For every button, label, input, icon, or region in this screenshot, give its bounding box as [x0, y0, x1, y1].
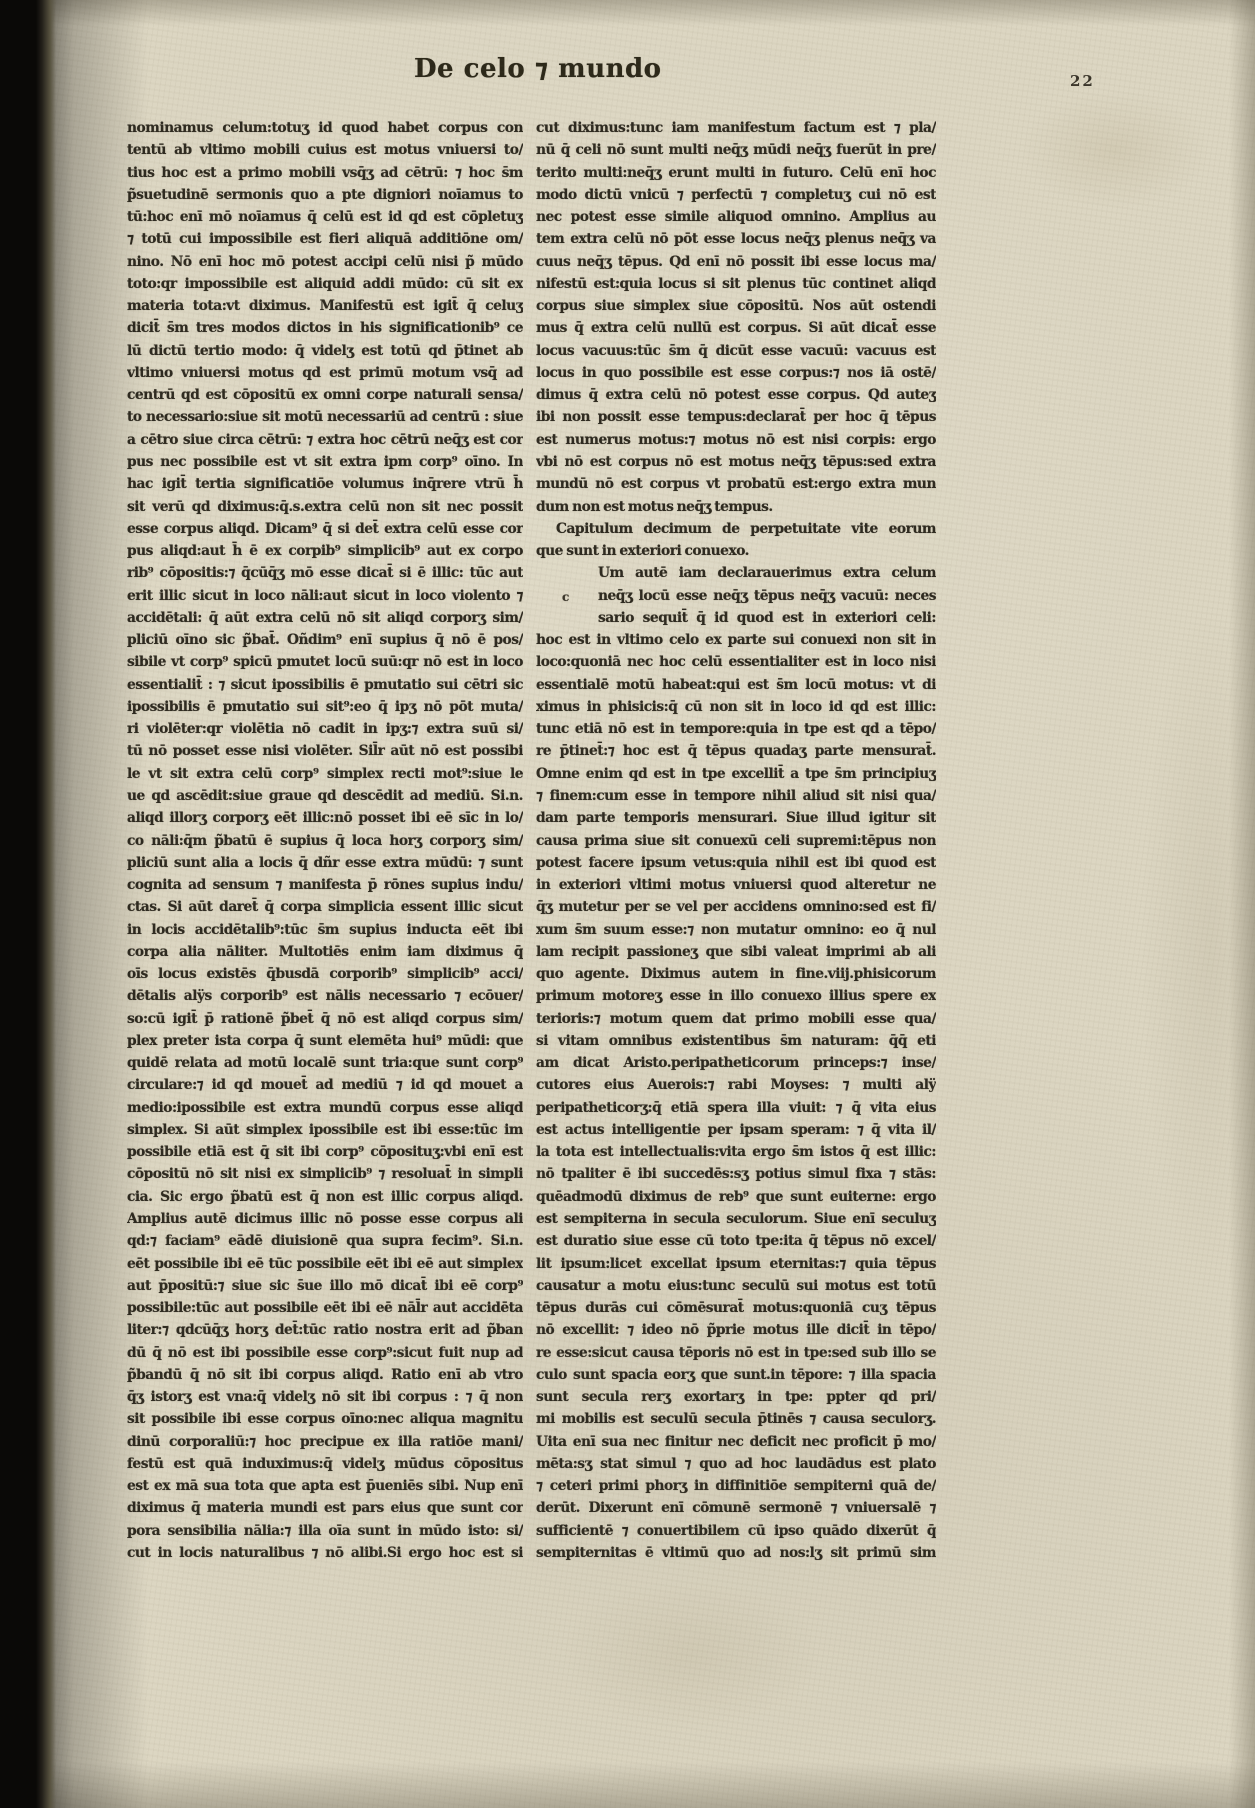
text-line: sunt secula rerʒ exortarʒ in tpe: ppter …	[536, 1386, 936, 1408]
text-line: la tota est intellectualis:vita ergo s̄m…	[536, 1141, 936, 1163]
text-line: p̃bandū q̄ nō sit ibi corpus aliqd. Rati…	[127, 1364, 523, 1386]
text-line: pus aliqd:aut h̄ ē ex corpib⁹ simplicib⁹…	[127, 540, 523, 562]
text-line: essentialit̄ : ⁊ sicut ipossibilis ē pmu…	[127, 674, 523, 696]
text-line: possibile:tūc aut possibile eēt ibi eē n…	[127, 1297, 523, 1319]
text-line: causatur a motu eius:tunc seculū sui mot…	[536, 1275, 936, 1297]
text-line: modo dictū vnicū ⁊ perfectū ⁊ completuʒ …	[536, 184, 936, 206]
text-line: terioris:⁊ motum quem dat primo mobili e…	[536, 1008, 936, 1030]
text-line: nū q̄ celi nō sunt multi neq̄ʒ mūdi neq̄…	[536, 139, 936, 161]
text-line: dētalis alÿs corporib⁹ est nālis necessa…	[127, 985, 523, 1007]
text-line: primum motoreʒ esse in illo conuexo illi…	[536, 985, 936, 1007]
text-line: liter:⁊ qdcūq̄ʒ horʒ det̄:tūc ratio nost…	[127, 1319, 523, 1341]
text-line: hac igit̄ tertia significatiōe volumus i…	[127, 473, 523, 495]
text-line: cut in locis naturalibus ⁊ nō alibi.Si e…	[127, 1542, 523, 1564]
text-line: quidē relata ad motū localē sunt tria:qu…	[127, 1052, 523, 1074]
text-line: eēt possibile ibi eē tūc possibile eēt i…	[127, 1253, 523, 1275]
text-line: si vitam omnibus existentibus s̄m natura…	[536, 1030, 936, 1052]
text-line: ⁊ ceteri primi phorʒ in diffinitiōe semp…	[536, 1475, 936, 1497]
text-line: Capitulum decimum de perpetuitate vite e…	[536, 518, 936, 540]
text-line: nō tpaliter ē ibi succedēs:sʒ potius sim…	[536, 1163, 936, 1185]
text-line: tēpus durās cui cōmēsurat̄ motus:quoniā …	[536, 1297, 936, 1319]
text-line: lū dictū tertio modo: q̄ videlʒ est totū…	[127, 340, 523, 362]
text-line: Uita enī sua nec finitur nec deficit nec…	[536, 1431, 936, 1453]
text-line: dimus q̄ extra celū nō potest esse corpu…	[536, 384, 936, 406]
text-line: a cētro siue circa cētrū: ⁊ extra hoc cē…	[127, 429, 523, 451]
text-line: so:cū igit̄ p̄ rationē p̃bet̄ q̄ nō est …	[127, 1008, 523, 1030]
text-line: tem extra celū nō pōt esse locus neq̄ʒ p…	[536, 228, 936, 250]
text-line: pliciū oīno sic p̃bat̄. Oñdim⁹ enī supiu…	[127, 629, 523, 651]
text-line: centrū qd est cōpositū ex omni corpe nat…	[127, 384, 523, 406]
text-line: sempiternitas ē vltimū quo ad nos:lʒ sit…	[536, 1542, 936, 1564]
text-line: vbi nō est corpus nō est motus neq̄ʒ tēp…	[536, 451, 936, 473]
text-column-left: nominamus celum:totuʒ id quod habet corp…	[127, 117, 523, 1564]
text-line: hoc est in vltimo celo ex parte sui conu…	[536, 629, 936, 651]
text-line: Omne enim qd est in tpe excellit̄ a tpe …	[536, 763, 936, 785]
text-line: oīs locus existēs q̄busdā corporib⁹ simp…	[127, 963, 523, 985]
text-line: mus q̄ extra celū nullū est corpus. Si a…	[536, 317, 936, 339]
text-line: cuus neq̄ʒ tēpus. Qd enī nō possit ibi e…	[536, 251, 936, 273]
text-line: pora sensibilia nālia:⁊ illa oīa sunt in…	[127, 1520, 523, 1542]
text-line: festū est quā induximus:q̄ videlʒ mūdus …	[127, 1453, 523, 1475]
text-line: diximus q̄ materia mundi est pars eius q…	[127, 1497, 523, 1519]
text-line: cognita ad sensum ⁊ manifesta p̄ rōnes s…	[127, 874, 523, 896]
text-line: peripatheticorʒ:q̄ etiā spera illa viuit…	[536, 1097, 936, 1119]
text-line: ximus in phisicis:q̄ cū non sit in loco …	[536, 696, 936, 718]
text-line: esse corpus aliqd. Dicam⁹ q̄ si det̄ ext…	[127, 518, 523, 540]
text-line: cia. Sic ergo p̃batū est q̄ non est illi…	[127, 1186, 523, 1208]
text-line: tunc etiā nō est in tempore:quia in tpe …	[536, 718, 936, 740]
text-line: accidētali: q̄ aūt extra celū nō sit ali…	[127, 607, 523, 629]
text-line: sit possibile ibi esse corpus oīno:nec a…	[127, 1408, 523, 1430]
text-line: p̃suetudinē sermonis quo a pte digniori …	[127, 184, 523, 206]
text-line: dū q̄ nō est ibi possibile esse corp⁹:si…	[127, 1342, 523, 1364]
text-line: aut p̄positū:⁊ siue sic s̄ue illo mō dic…	[127, 1275, 523, 1297]
text-line: cōpositū nō sit nisi ex simplicib⁹ ⁊ res…	[127, 1163, 523, 1185]
text-line: ri violēter:qr violētia nō cadit in ipʒ:…	[127, 718, 523, 740]
text-line: tius hoc est a primo mobili vsq̄ʒ ad cēt…	[127, 162, 523, 184]
text-line: to necessario:siue sit motū necessariū a…	[127, 406, 523, 428]
text-line: est numerus motus:⁊ motus nō est nisi co…	[536, 429, 936, 451]
text-line: re p̄tinet̄:⁊ hoc est q̄ tēpus quadaʒ pa…	[536, 740, 936, 762]
text-line: cutores eius Auerois:⁊ rabi Moyses: ⁊ mu…	[536, 1074, 936, 1096]
text-line: dicit̄ s̄m tres modos dictos in his sign…	[127, 317, 523, 339]
text-line: pliciū sunt alia a locis q̄ dñr esse ext…	[127, 852, 523, 874]
text-line: nino. Nō enī hoc mō potest accipi celū n…	[127, 251, 523, 273]
text-line: toto:qr impossibile est aliquid addi mūd…	[127, 273, 523, 295]
text-line: sufficientē ⁊ conuertibilem cū ipso quād…	[536, 1520, 936, 1542]
text-line: est duratio siue esse cū toto tpe:ita q̄…	[536, 1230, 936, 1252]
paper-stain	[560, 1580, 820, 1730]
text-line: rib⁹ cōpositis:⁊ q̄cūq̄ʒ mō esse dicat̄ …	[127, 562, 523, 584]
text-line: mēta:sʒ stat simul ⁊ quo ad hoc laudādus…	[536, 1453, 936, 1475]
text-line: erit illic sicut in loco nāli:aut sicut …	[127, 585, 523, 607]
initial-guide-letter: c	[562, 586, 569, 607]
text-line: tū nō posset esse nisi violēter. Sil̄r a…	[127, 740, 523, 762]
text-line: possibile etiā est q̄ sit ibi corp⁹ cōpo…	[127, 1141, 523, 1163]
text-line: potest facere ipsum vetus:quia nihil est…	[536, 852, 936, 874]
text-line: q̄ʒ mutetur per se vel per accidens omni…	[536, 896, 936, 918]
text-line: nec potest esse simile aliquod omnino. A…	[536, 206, 936, 228]
text-line: ue qd ascēdit:siue graue qd descēdit ad …	[127, 785, 523, 807]
text-line: locus vacuus:tūc s̄m q̄ dicūt esse vacuū…	[536, 340, 936, 362]
text-line: in locis accidētalib⁹:tūc s̄m supius ind…	[127, 919, 523, 941]
text-line: xum s̄m suum esse:⁊ non mutatur omnino: …	[536, 919, 936, 941]
text-line: vltimo vniuersi motus qd est primū motum…	[127, 362, 523, 384]
text-line: ipossibilis ē pmutatio sui sit⁹:eo q̄ ip…	[127, 696, 523, 718]
text-line: que sunt in exteriori conuexo.	[536, 540, 936, 562]
text-line: est ex mā sua tota que apta est p̄ueniēs…	[127, 1475, 523, 1497]
text-line: sibile vt corp⁹ spicū pmutet locū suū:qr…	[127, 651, 523, 673]
text-line: ibi non possit esse tempus:declarat̄ per…	[536, 406, 936, 428]
text-line: plex preter ista corpa q̄ sunt elemēta h…	[127, 1030, 523, 1052]
page-number: 22	[1070, 72, 1095, 90]
book-page-scan: De celo ⁊ mundo 22 nominamus celum:totuʒ…	[0, 0, 1255, 1808]
text-line: medio:ipossibile est extra mundū corpus …	[127, 1097, 523, 1119]
text-line: ctas. Si aūt daret̄ q̄ corpa simplicia e…	[127, 896, 523, 918]
text-line: essentialē motū habeat:qui est s̄m locū …	[536, 674, 936, 696]
text-line: materia tota:vt diximus. Manifestū est i…	[127, 295, 523, 317]
text-line: cut diximus:tunc iam manifestum factum e…	[536, 117, 936, 139]
text-line: ⁊ totū cui impossibile est fieri aliquā …	[127, 228, 523, 250]
text-line: simplex. Si aūt simplex ipossibile est i…	[127, 1119, 523, 1141]
text-line: q̄ʒ istorʒ est vna:q̄ videlʒ nō sit ibi …	[127, 1386, 523, 1408]
text-line: corpa alia nāliter. Multotiēs enim iam d…	[127, 941, 523, 963]
text-line: nō excellit: ⁊ ideo nō p̃prie motus ille…	[536, 1319, 936, 1341]
text-line: lit ipsum:licet excellat ipsum eternitas…	[536, 1253, 936, 1275]
text-line: lam recipit passioneʒ que sibi valeat im…	[536, 941, 936, 963]
text-line: ⁊ finem:cum esse in tempore nihil aliud …	[536, 785, 936, 807]
paper-stain	[1020, 90, 1210, 210]
text-line: tū:hoc enī mō noīamus q̄ celū est id qd …	[127, 206, 523, 228]
running-title: De celo ⁊ mundo	[414, 54, 662, 84]
text-line: culo sunt spacia eorʒ que sunt.in tēpore…	[536, 1364, 936, 1386]
text-line: mi mobilis est seculū secula p̄tinēs ⁊ c…	[536, 1408, 936, 1430]
text-line: pus nec possibile est vt sit extra ipm c…	[127, 451, 523, 473]
text-line: circulare:⁊ id qd mouet̄ ad mediū ⁊ id q…	[127, 1074, 523, 1096]
text-line: Amplius autē dicimus illic nō posse esse…	[127, 1208, 523, 1230]
text-line: am dicat Aristo.peripatheticorum princep…	[536, 1052, 936, 1074]
text-line: causa prima siue sit conuexū celi suprem…	[536, 830, 936, 852]
text-line: qd:⁊ faciam⁹ eādē diuisionē qua supra fe…	[127, 1230, 523, 1252]
text-line: est actus intelligentie per ipsam speram…	[536, 1119, 936, 1141]
text-line: le vt sit extra celū corp⁹ simplex recti…	[127, 763, 523, 785]
text-line: in exteriori vltimi motus vniuersi quod …	[536, 874, 936, 896]
text-line: dum non est motus neq̄ʒ tempus.	[536, 496, 936, 518]
text-line: dinū corporaliū:⁊ hoc precipue ex illa r…	[127, 1431, 523, 1453]
text-line: tentū ab vltimo mobili cuius est motus v…	[127, 139, 523, 161]
text-line: terito multi:neq̄ʒ erunt multi in futuro…	[536, 162, 936, 184]
text-line: est sempiterna in secula seculorum. Siue…	[536, 1208, 936, 1230]
text-line: sario sequit̄ q̄ id quod est in exterior…	[536, 607, 936, 629]
text-line: sit verū qd diximus:q̄.s.extra celū non …	[127, 496, 523, 518]
text-line: cneq̄ʒ locū esse neq̄ʒ tēpus neq̄ʒ vacuū…	[536, 585, 936, 607]
text-line: loco:quoniā nec hoc celū essentialiter e…	[536, 651, 936, 673]
text-line: nifestū est:quia locus si sit plenus tūc…	[536, 273, 936, 295]
text-line: quēadmodū diximus de reb⁹ que sunt euite…	[536, 1186, 936, 1208]
text-line: re esse:sicut causa tēporis nō est in tp…	[536, 1342, 936, 1364]
text-column-right: cut diximus:tunc iam manifestum factum e…	[536, 117, 936, 1564]
text-line: derūt. Dixerunt enī cōmunē sermonē ⁊ vni…	[536, 1497, 936, 1519]
text-line: dam parte temporis mensurari. Siue illud…	[536, 807, 936, 829]
text-line: aliqd illorʒ corporʒ eēt illic:nō posset…	[127, 807, 523, 829]
text-line: locus in quo possibile est esse corpus:⁊…	[536, 362, 936, 384]
text-line: corpus siue simplex siue cōpositū. Nos a…	[536, 295, 936, 317]
text-line: quo agente. Diximus autem in fine.viij.p…	[536, 963, 936, 985]
text-line: nominamus celum:totuʒ id quod habet corp…	[127, 117, 523, 139]
text-line: mundū nō est corpus vt probatū est:ergo …	[536, 473, 936, 495]
text-line: Um autē iam declarauerimus extra celum	[536, 562, 936, 584]
paper-stain	[1140, 600, 1255, 1300]
text-line: co nāli:q̄m p̃batū ē supius q̄ loca horʒ…	[127, 830, 523, 852]
